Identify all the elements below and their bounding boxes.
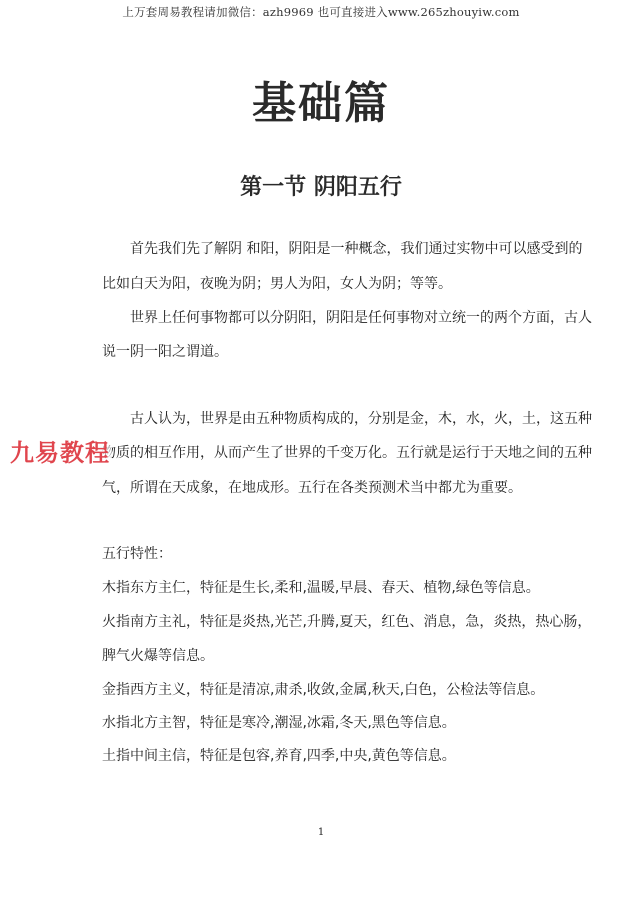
paragraph-3-line-1: 古人认为，世界是由五种物质构成的，分别是金，木，水，火，土，这五种 (130, 408, 592, 430)
paragraph-3-line-2: 物质的相互作用，从而产生了世界的千变万化。五行就是运行于天地之间的五种 (102, 442, 592, 464)
wuxing-item-fire: 火指南方主礼，特征是炎热,光芒,升腾,夏天，红色、消息，急，炎热，热心肠， (102, 611, 591, 633)
paragraph-1-line-1: 首先我们先了解阴 和阳，阴阳是一种概念，我们通过实物中可以感受到的 (130, 238, 582, 260)
paragraph-2-line-1: 世界上任何事物都可以分阴阳，阴阳是任何事物对立统一的两个方面，古人 (130, 307, 592, 329)
page-number: 1 (0, 827, 642, 838)
wuxing-item-earth: 土指中间主信，特征是包容,养育,四季,中央,黄色等信息。 (102, 745, 456, 767)
page-title: 基础篇 (0, 76, 642, 132)
wuxing-item-water: 水指北方主智，特征是寒冷,潮湿,冰霜,冬天,黑色等信息。 (102, 712, 456, 734)
paragraph-2-line-2: 说一阴一阳之谓道。 (102, 341, 228, 363)
paragraph-3-line-3: 气，所谓在天成象，在地成形。五行在各类预测术当中都尤为重要。 (102, 477, 522, 499)
wuxing-heading: 五行特性： (102, 543, 172, 565)
paragraph-1-line-2: 比如白天为阳，夜晚为阴；男人为阳，女人为阴；等等。 (102, 273, 452, 295)
section-title: 第一节 阴阳五行 (0, 172, 642, 204)
header-banner: 上万套周易教程请加微信：azh9969 也可直接进入www.265zhouyiw… (0, 4, 642, 20)
wuxing-item-wood: 木指东方主仁，特征是生长,柔和,温暖,早晨、春天、植物,绿色等信息。 (102, 577, 540, 599)
watermark-logo: 九易教程 (8, 438, 112, 468)
wuxing-item-metal: 金指西方主义，特征是清凉,肃杀,收敛,金属,秋天,白色，公检法等信息。 (102, 679, 544, 701)
wuxing-item-fire-cont: 脾气火爆等信息。 (102, 645, 214, 667)
